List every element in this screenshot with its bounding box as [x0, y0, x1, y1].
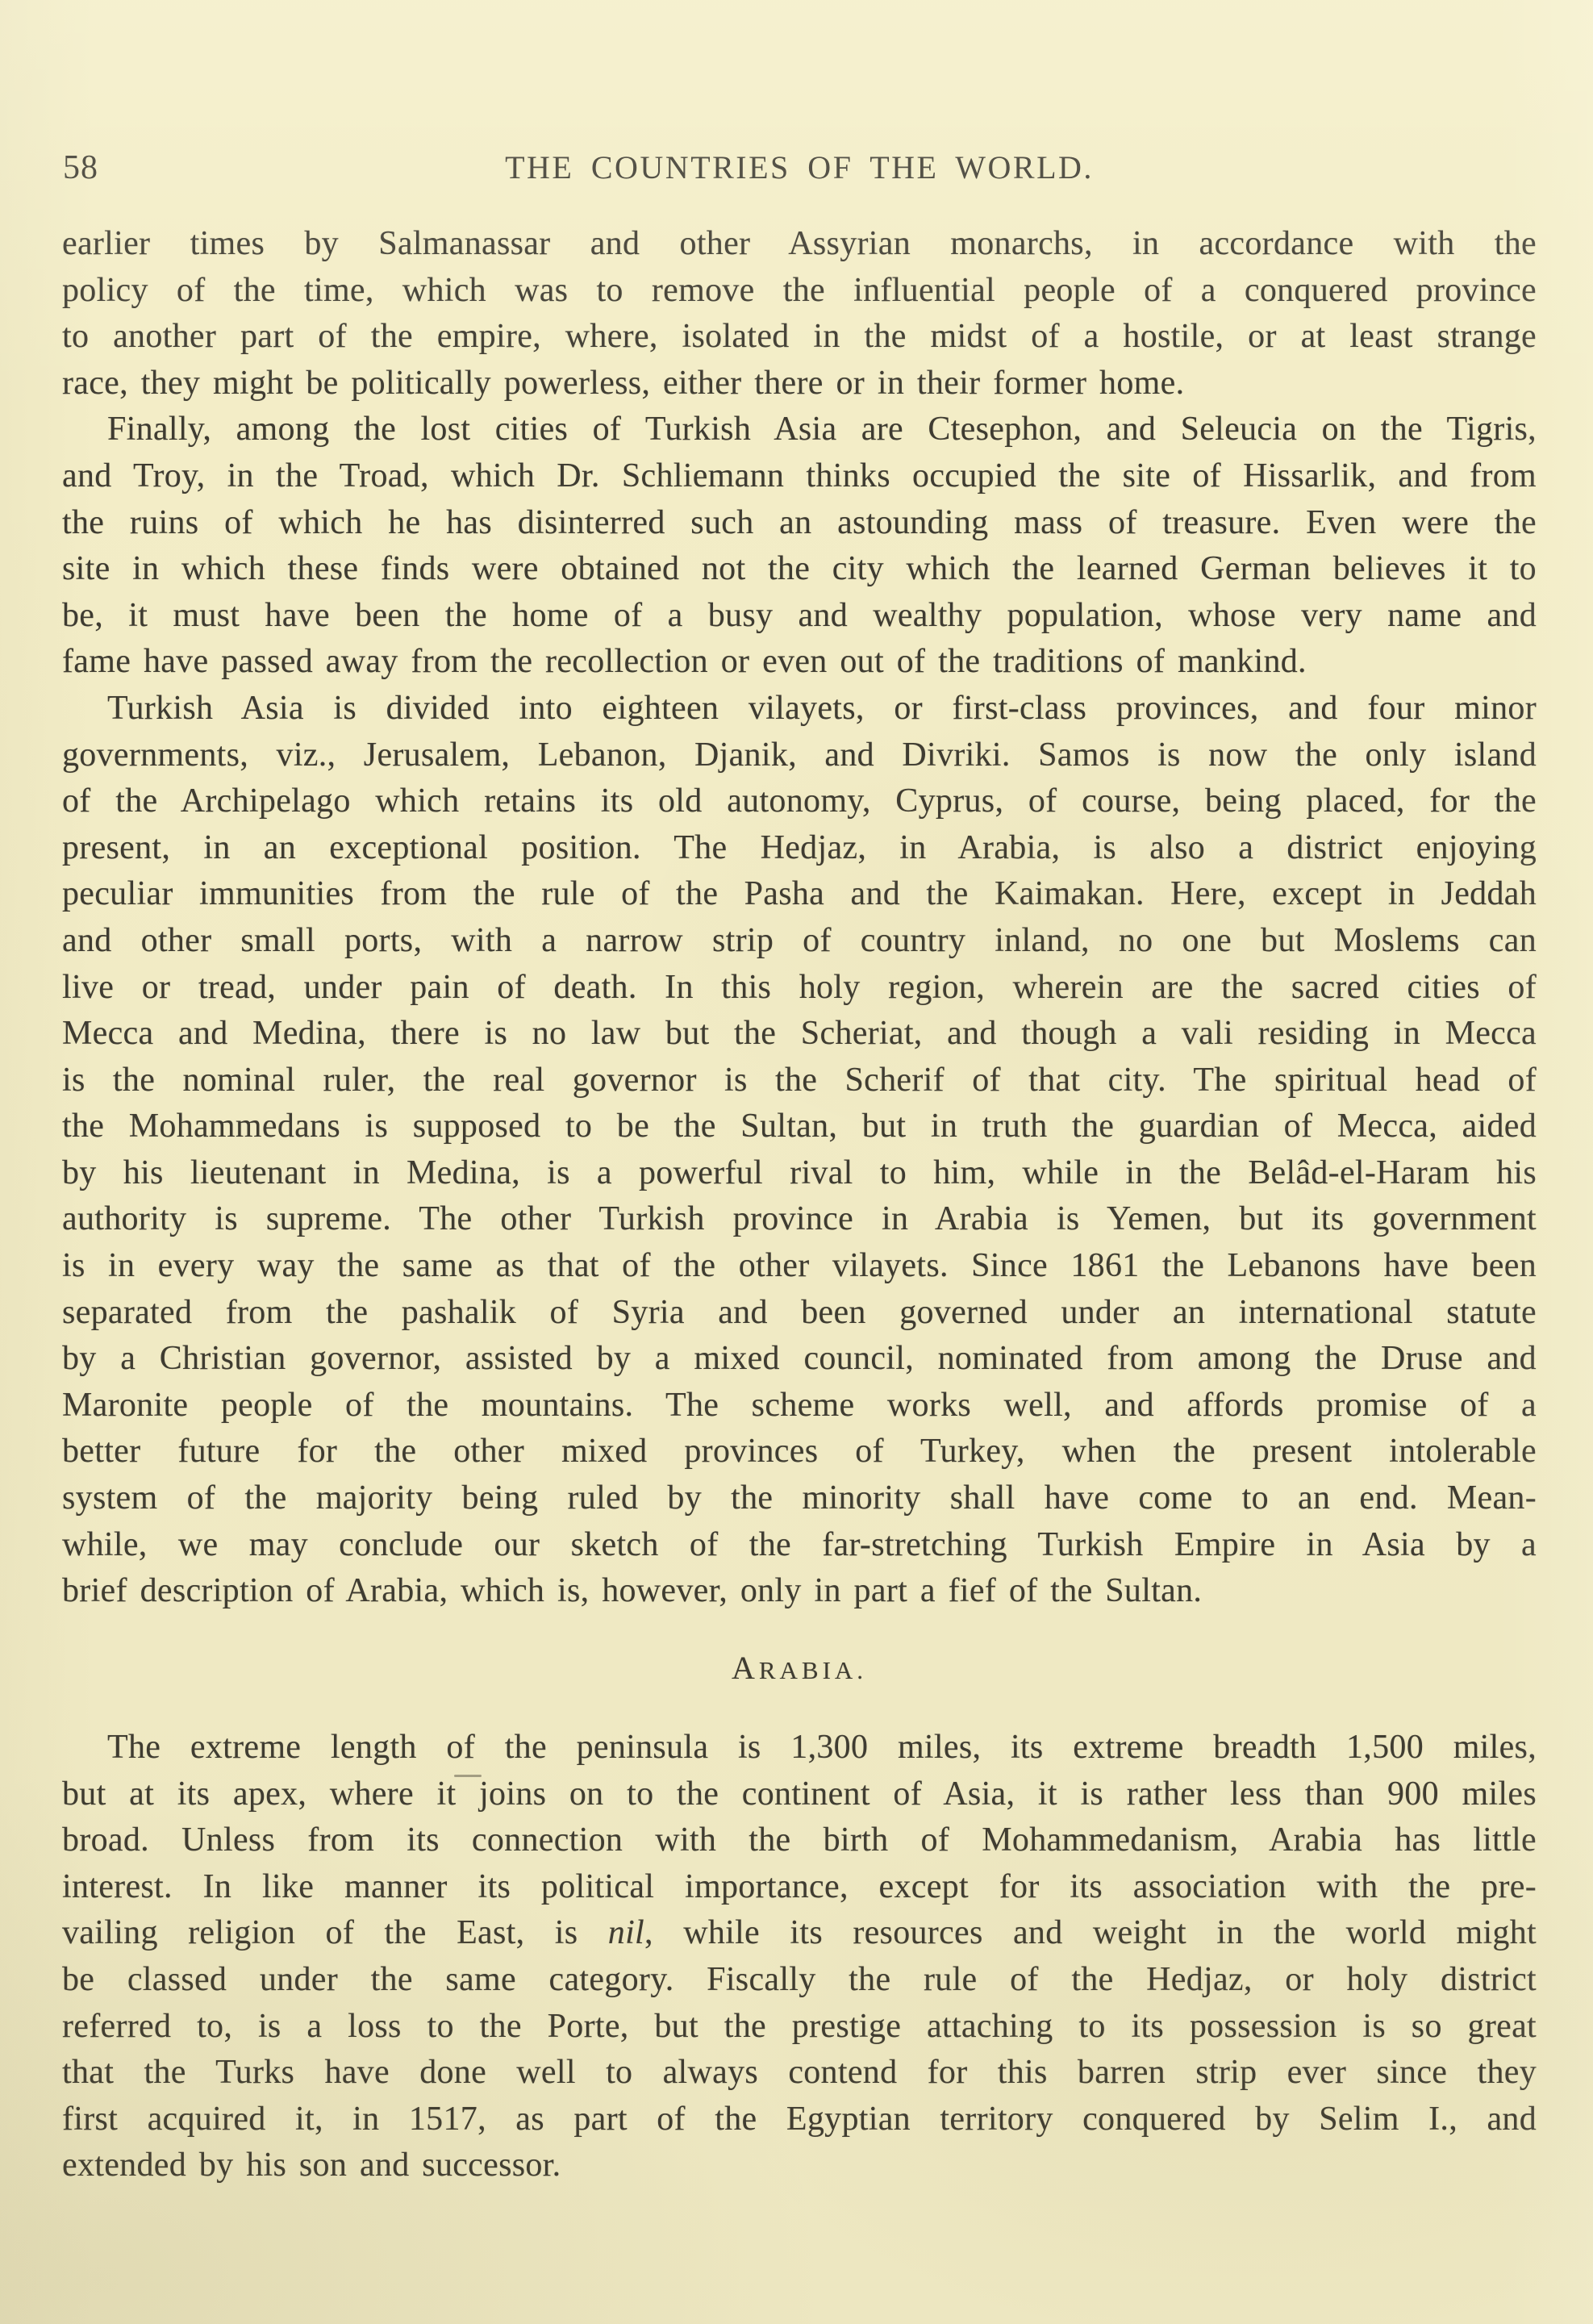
text-line: and other small ports, with a narrow str…	[62, 918, 1537, 965]
text-line: vailing religion of the East, is nil, wh…	[62, 1910, 1537, 1957]
text-line: authority is supreme. The other Turkish …	[62, 1196, 1537, 1243]
running-title: THE COUNTRIES OF THE WORLD.	[62, 150, 1537, 186]
text-line: brief description of Arabia, which is, h…	[62, 1568, 1537, 1615]
text-line: present, in an exceptional position. The…	[62, 825, 1537, 872]
text-line: interest. In like manner its political i…	[62, 1864, 1537, 1911]
text-line: to another part of the empire, where, is…	[62, 314, 1537, 361]
text-line: referred to, is a loss to the Porte, but…	[62, 2004, 1537, 2051]
text-line: be classed under the same category. Fisc…	[62, 1957, 1537, 2004]
text-line: and Troy, in the Troad, which Dr. Schlie…	[62, 453, 1537, 500]
text-line: site in which these finds were obtained …	[62, 546, 1537, 593]
text-line: peculiar immunities from the rule of the…	[62, 871, 1537, 918]
text-line: Maronite people of the mountains. The sc…	[62, 1383, 1537, 1429]
text-line: system of the majority being ruled by th…	[62, 1475, 1537, 1522]
text-line: policy of the time, which was to remove …	[62, 268, 1537, 315]
text-line: Turkish Asia is divided into eighteen vi…	[62, 686, 1537, 732]
section-heading: ARABIA.	[62, 1648, 1537, 1696]
text-line: Finally, among the lost cities of Turkis…	[62, 407, 1537, 453]
body-text-lower: The extreme length of the peninsula is 1…	[62, 1725, 1537, 2189]
text-line: Mecca and Medina, there is no law but th…	[62, 1011, 1537, 1058]
text-line: the ruins of which he has disinterred su…	[62, 500, 1537, 547]
text-line: first acquired it, in 1517, as part of t…	[62, 2097, 1537, 2143]
text-line: earlier times by Salmanassar and other A…	[62, 221, 1537, 268]
text-line: while, we may conclude our sketch of the…	[62, 1522, 1537, 1569]
book-page: 58 THE COUNTRIES OF THE WORLD. earlier t…	[0, 0, 1593, 2324]
text-line: but at its apex, where it joins on to th…	[62, 1771, 1537, 1818]
section-heading-rest: RABIA.	[759, 1656, 867, 1684]
body-text-upper: earlier times by Salmanassar and other A…	[62, 221, 1537, 1615]
text-line: governments, viz., Jerusalem, Lebanon, D…	[62, 732, 1537, 779]
text-line: extended by his son and successor.	[62, 2143, 1537, 2189]
text-line: by a Christian governor, assisted by a m…	[62, 1336, 1537, 1383]
text-line: live or tread, under pain of death. In t…	[62, 965, 1537, 1012]
text-line: the Mohammedans is supposed to be the Su…	[62, 1104, 1537, 1150]
text-line: separated from the pashalik of Syria and…	[62, 1290, 1537, 1337]
running-header: 58 THE COUNTRIES OF THE WORLD.	[62, 150, 1537, 189]
text-line: of the Archipelago which retains its old…	[62, 778, 1537, 825]
print-artifact-dash	[454, 1775, 482, 1777]
text-line: be, it must have been the home of a busy…	[62, 593, 1537, 640]
section-heading-initial: A	[732, 1650, 759, 1686]
text-line: fame have passed away from the recollect…	[62, 639, 1537, 686]
text-line: broad. Unless from its connection with t…	[62, 1817, 1537, 1864]
text-line: is the nominal ruler, the real governor …	[62, 1058, 1537, 1104]
text-line: by his lieutenant in Medina, is a powerf…	[62, 1150, 1537, 1197]
text-line: race, they might be politically powerles…	[62, 361, 1537, 407]
text-line: better future for the other mixed provin…	[62, 1429, 1537, 1475]
text-line: that the Turks have done well to always …	[62, 2050, 1537, 2097]
text-line: The extreme length of the peninsula is 1…	[62, 1725, 1537, 1771]
text-line: is in every way the same as that of the …	[62, 1243, 1537, 1290]
